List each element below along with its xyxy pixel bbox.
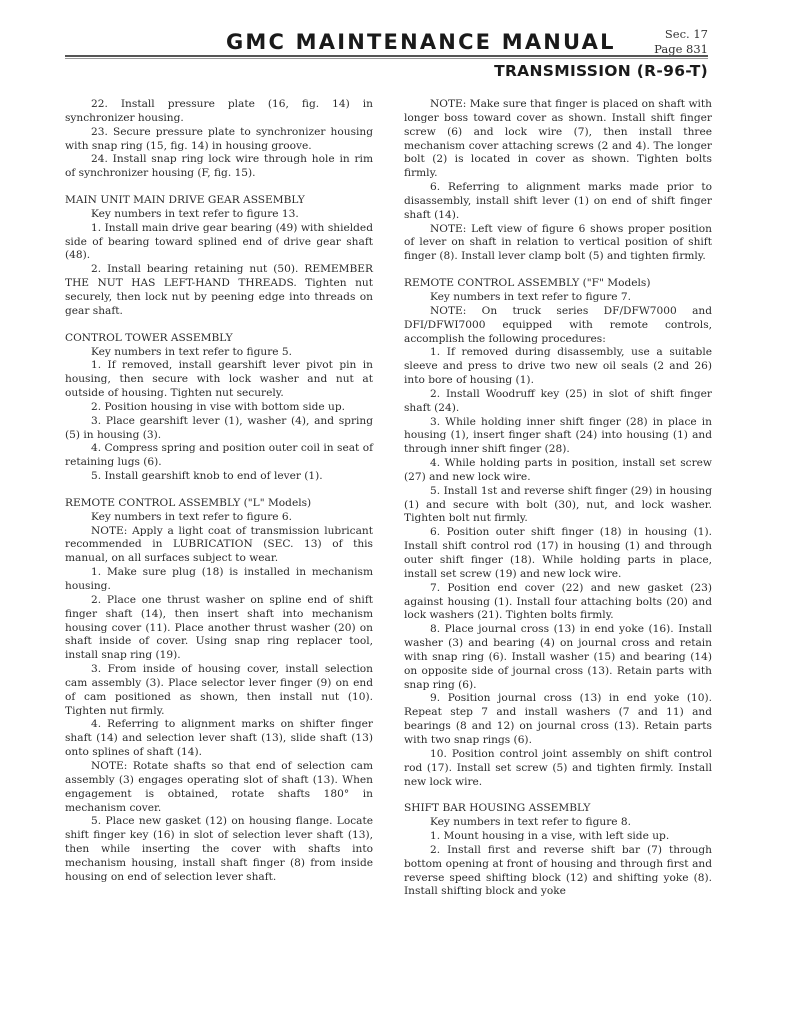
body-paragraph: 6. Referring to alignment marks made pri… — [404, 181, 712, 223]
right-column: NOTE: Make sure that finger is placed on… — [404, 98, 712, 899]
body-paragraph: NOTE: Left view of figure 6 shows proper… — [404, 223, 712, 265]
body-paragraph: 2. Position housing in vise with bottom … — [65, 401, 373, 415]
body-paragraph: 3. From inside of housing cover, install… — [65, 663, 373, 718]
body-paragraph: 1. Install main drive gear bearing (49) … — [65, 222, 373, 264]
section-number: Sec. 17 — [665, 27, 708, 41]
body-paragraph: 4. Referring to alignment marks on shift… — [65, 718, 373, 760]
body-paragraph: 5. Place new gasket (12) on housing flan… — [65, 815, 373, 884]
body-paragraph: 3. While holding inner shift finger (28)… — [404, 416, 712, 458]
body-paragraph: Key numbers in text refer to figure 8. — [404, 816, 712, 830]
body-paragraph: 22. Install pressure plate (16, fig. 14)… — [65, 98, 373, 126]
body-paragraph: 1. If removed, install gearshift lever p… — [65, 359, 373, 401]
body-paragraph: 5. Install gearshift knob to end of leve… — [65, 470, 373, 484]
section-heading: REMOTE CONTROL ASSEMBLY ("F" Models) — [404, 277, 712, 291]
manual-title: GMC MAINTENANCE MANUAL — [226, 30, 616, 54]
section-heading: SHIFT BAR HOUSING ASSEMBLY — [404, 802, 712, 816]
body-paragraph: 4. While holding parts in position, inst… — [404, 457, 712, 485]
body-paragraph: 2. Install Woodruff key (25) in slot of … — [404, 388, 712, 416]
section-heading: MAIN UNIT MAIN DRIVE GEAR ASSEMBLY — [65, 194, 373, 208]
body-paragraph: NOTE: Apply a light coat of transmission… — [65, 525, 373, 567]
left-column: 22. Install pressure plate (16, fig. 14)… — [65, 98, 373, 885]
body-paragraph: 10. Position control joint assembly on s… — [404, 748, 712, 790]
body-paragraph: 7. Position end cover (22) and new gaske… — [404, 582, 712, 624]
body-paragraph: 23. Secure pressure plate to synchronize… — [65, 126, 373, 154]
body-paragraph: 2. Install first and reverse shift bar (… — [404, 844, 712, 899]
body-paragraph: 6. Position outer shift finger (18) in h… — [404, 526, 712, 581]
body-paragraph: NOTE: On truck series DF/DFW7000 and DFI… — [404, 305, 712, 347]
header-divider — [65, 55, 708, 59]
body-paragraph: NOTE: Make sure that finger is placed on… — [404, 98, 712, 181]
body-paragraph: 9. Position journal cross (13) in end yo… — [404, 692, 712, 747]
body-paragraph: Key numbers in text refer to figure 6. — [65, 511, 373, 525]
body-paragraph: Key numbers in text refer to figure 7. — [404, 291, 712, 305]
section-heading: CONTROL TOWER ASSEMBLY — [65, 332, 373, 346]
body-paragraph: 24. Install snap ring lock wire through … — [65, 153, 373, 181]
body-paragraph: NOTE: Rotate shafts so that end of selec… — [65, 760, 373, 815]
body-paragraph: 1. Make sure plug (18) is installed in m… — [65, 566, 373, 594]
body-paragraph: 2. Place one thrust washer on spline end… — [65, 594, 373, 663]
body-paragraph: 3. Place gearshift lever (1), washer (4)… — [65, 415, 373, 443]
body-paragraph: 2. Install bearing retaining nut (50). R… — [65, 263, 373, 318]
section-heading: REMOTE CONTROL ASSEMBLY ("L" Models) — [65, 497, 373, 511]
body-paragraph: 4. Compress spring and position outer co… — [65, 442, 373, 470]
page-number: Page 831 — [654, 42, 708, 56]
body-paragraph: 5. Install 1st and reverse shift finger … — [404, 485, 712, 527]
body-paragraph: Key numbers in text refer to figure 13. — [65, 208, 373, 222]
body-paragraph: Key numbers in text refer to figure 5. — [65, 346, 373, 360]
body-paragraph: 1. Mount housing in a vise, with left si… — [404, 830, 712, 844]
chapter-title: TRANSMISSION (R-96-T) — [494, 62, 708, 80]
body-paragraph: 8. Place journal cross (13) in end yoke … — [404, 623, 712, 692]
body-paragraph: 1. If removed during disassembly, use a … — [404, 346, 712, 388]
